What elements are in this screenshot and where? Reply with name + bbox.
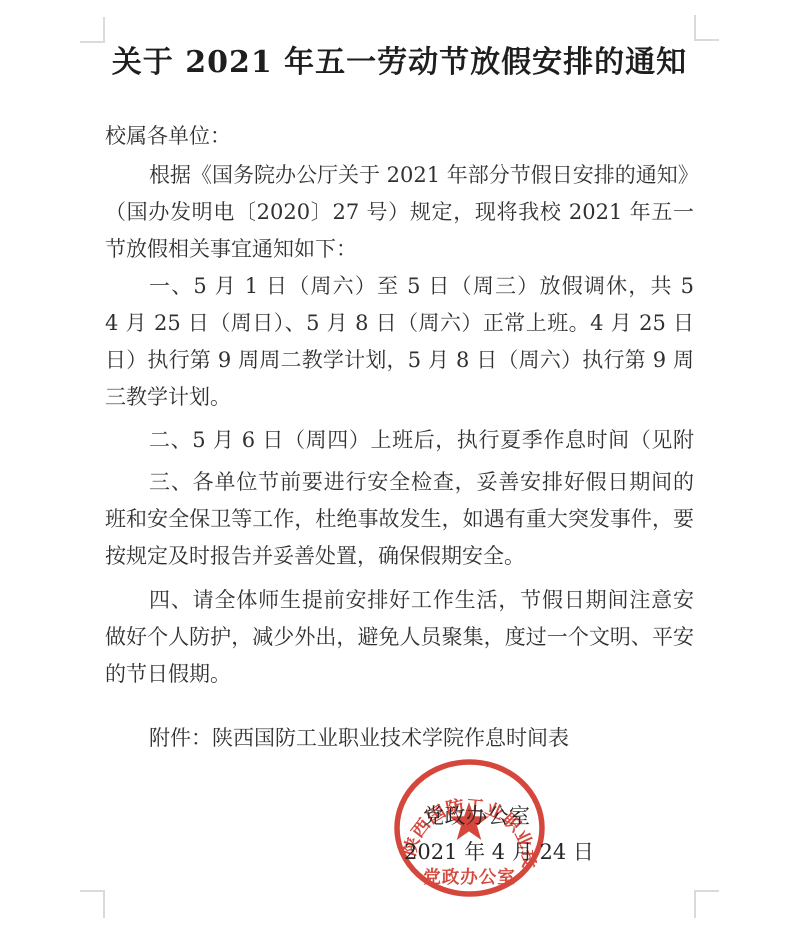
body-line: 的节日假期。	[105, 656, 694, 693]
crop-mark-top-left	[80, 17, 105, 43]
body-line: 做好个人防护，减少外出，避免人员聚集，度过一个文明、平安	[105, 619, 694, 656]
body-line: 4 月 25 日（周日）、5 月 8 日（周六）正常上班。4 月 25 日（周	[105, 305, 694, 342]
crop-mark-bottom-right	[694, 890, 719, 918]
salutation-line: 校属各单位：	[105, 118, 694, 155]
attachment-line: 附件：陕西国防工业职业技术学院作息时间表	[105, 720, 694, 757]
body-line: 四、请全体师生提前安排好工作生活，节假日期间注意安全，	[105, 582, 694, 619]
document-page: 关于 2021 年五一劳动节放假安排的通知 校属各单位： 根据《国务院办公厅关于…	[0, 0, 790, 939]
crop-mark-top-right	[694, 15, 719, 41]
signature-date: 2021 年 4 月 24 日	[404, 834, 594, 871]
body-line: 节放假相关事宜通知如下：	[105, 231, 694, 268]
crop-mark-bottom-left	[80, 890, 105, 918]
body-line: 二、5 月 6 日（周四）上班后，执行夏季作息时间（见附件）。	[105, 422, 694, 459]
body-line: 一、5 月 1 日（周六）至 5 日（周三）放假调休，共 5 天。	[105, 268, 694, 305]
body-line: 三、各单位节前要进行安全检查，妥善安排好假日期间的值	[105, 464, 694, 501]
body-line: 根据《国务院办公厅关于 2021 年部分节假日安排的通知》	[105, 157, 694, 194]
signature-department: 党政办公室	[423, 798, 531, 835]
paragraph-item-3: 三、各单位节前要进行安全检查，妥善安排好假日期间的值 班和安全保卫等工作，杜绝事…	[105, 464, 694, 575]
document-content: 关于 2021 年五一劳动节放假安排的通知 校属各单位： 根据《国务院办公厅关于…	[0, 41, 790, 757]
notice-title: 关于 2021 年五一劳动节放假安排的通知	[105, 41, 694, 85]
body-line: 按规定及时报告并妥善处置，确保假期安全。	[105, 538, 694, 575]
body-line: 班和安全保卫等工作，杜绝事故发生，如遇有重大突发事件，要	[105, 501, 694, 538]
paragraph-item-2: 二、5 月 6 日（周四）上班后，执行夏季作息时间（见附件）。	[105, 422, 694, 459]
paragraph-basis: 根据《国务院办公厅关于 2021 年部分节假日安排的通知》 （国办发明电〔202…	[105, 157, 694, 268]
body-line: 日）执行第 9 周周二教学计划，5 月 8 日（周六）执行第 9 周周	[105, 342, 694, 379]
paragraph-item-4: 四、请全体师生提前安排好工作生活，节假日期间注意安全， 做好个人防护，减少外出，…	[105, 582, 694, 693]
paragraph-item-1: 一、5 月 1 日（周六）至 5 日（周三）放假调休，共 5 天。 4 月 25…	[105, 268, 694, 416]
body-line: （国办发明电〔2020〕27 号）规定，现将我校 2021 年五一劳动	[105, 194, 694, 231]
body-line: 三教学计划。	[105, 379, 694, 416]
